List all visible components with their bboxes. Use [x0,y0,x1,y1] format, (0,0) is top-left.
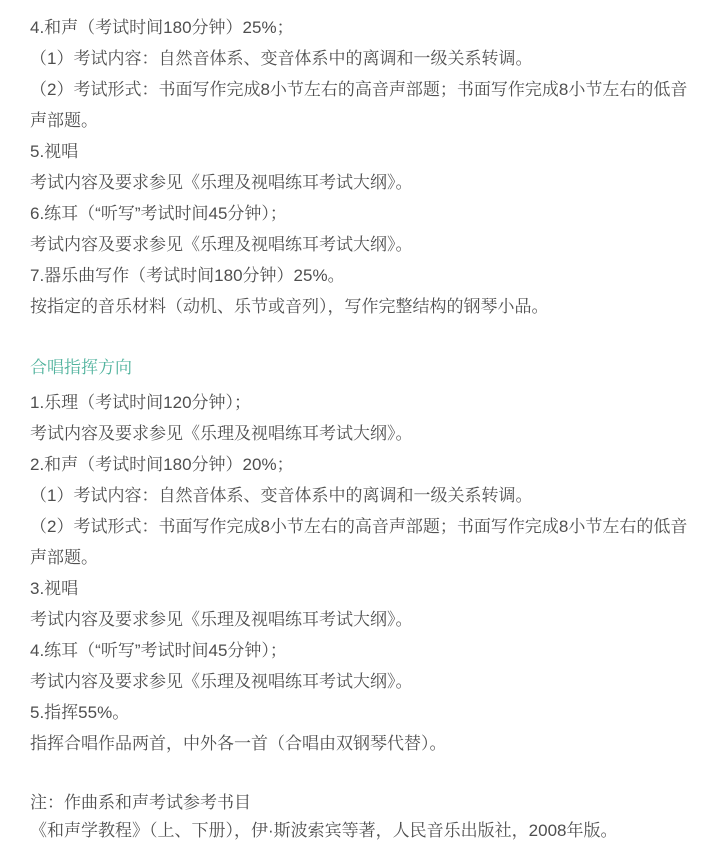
paragraph-line: （2）考试形式：书面写作完成8小节左右的高音声部题；书面写作完成8小节左右的低音… [30,74,696,136]
choral-conducting-section: 1.乐理（考试时间120分钟）； 考试内容及要求参见《乐理及视唱练耳考试大纲》。… [30,387,696,759]
paragraph-line: 考试内容及要求参见《乐理及视唱练耳考试大纲》。 [30,229,696,260]
document-page: 4.和声（考试时间180分钟）25%； （1）考试内容：自然音体系、变音体系中的… [0,0,710,862]
paragraph-line: 考试内容及要求参见《乐理及视唱练耳考试大纲》。 [30,604,696,635]
paragraph-line: 5.视唱 [30,136,696,167]
note-line: 《和声学教程》（上、下册），伊·斯波索宾等著，人民音乐出版社，2008年版。 [30,817,696,845]
composition-exam-section: 4.和声（考试时间180分钟）25%； （1）考试内容：自然音体系、变音体系中的… [30,12,696,322]
paragraph-line: 2.和声（考试时间180分钟）20%； [30,449,696,480]
paragraph-line: （2）考试形式：书面写作完成8小节左右的高音声部题；书面写作完成8小节左右的低音… [30,511,696,573]
paragraph-line: 按指定的音乐材料（动机、乐节或音列），写作完整结构的钢琴小品。 [30,291,696,322]
paragraph-line: 6.练耳（“听写”考试时间45分钟）； [30,198,696,229]
paragraph-line: 1.乐理（考试时间120分钟）； [30,387,696,418]
paragraph-line: （1）考试内容：自然音体系、变音体系中的离调和一级关系转调。 [30,480,696,511]
paragraph-line: 4.练耳（“听写”考试时间45分钟）； [30,635,696,666]
paragraph-line: （1）考试内容：自然音体系、变音体系中的离调和一级关系转调。 [30,43,696,74]
paragraph-line: 考试内容及要求参见《乐理及视唱练耳考试大纲》。 [30,666,696,697]
paragraph-line: 考试内容及要求参见《乐理及视唱练耳考试大纲》。 [30,418,696,449]
paragraph-line: 4.和声（考试时间180分钟）25%； [30,12,696,43]
reference-note-block: 注：作曲系和声考试参考书目 《和声学教程》（上、下册），伊·斯波索宾等著，人民音… [30,789,696,845]
paragraph-line: 3.视唱 [30,573,696,604]
paragraph-line: 考试内容及要求参见《乐理及视唱练耳考试大纲》。 [30,167,696,198]
paragraph-line: 指挥合唱作品两首，中外各一首（合唱由双钢琴代替）。 [30,728,696,759]
note-line: 注：作曲系和声考试参考书目 [30,789,696,817]
section-heading-choral-conducting: 合唱指挥方向 [30,352,696,383]
paragraph-line: 7.器乐曲写作（考试时间180分钟）25%。 [30,260,696,291]
paragraph-line: 5.指挥55%。 [30,697,696,728]
